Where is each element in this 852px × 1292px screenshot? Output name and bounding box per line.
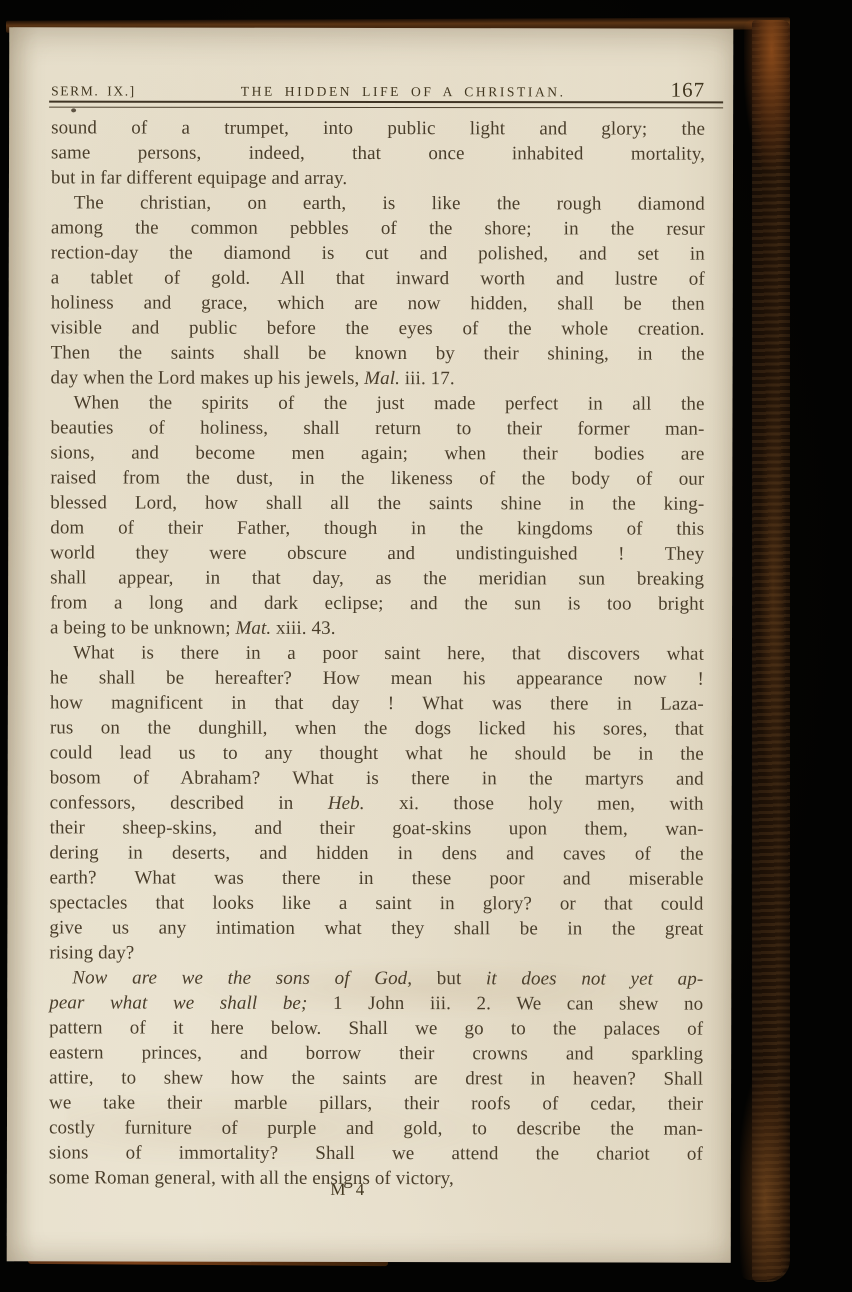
header-rule: [49, 101, 723, 109]
text-segment: bosom of Abraham? What is there in the m…: [50, 767, 704, 789]
text-line: he shall be hereafter? How mean his appe…: [50, 665, 704, 691]
text-segment: but in far different equipage and array.: [51, 167, 347, 189]
text-segment: a tablet of gold. All that inward worth …: [51, 267, 705, 289]
text-segment: dering in deserts, and hidden in dens an…: [50, 842, 704, 864]
text-line: The christian, on earth, is like the rou…: [51, 190, 705, 216]
text-line: rection-day the diamond is cut and polis…: [51, 240, 705, 266]
paragraph: sound of a trumpet, into public light an…: [51, 115, 705, 191]
text-line: sions, and become men again; when their …: [50, 440, 704, 466]
text-line: beauties of holiness, shall return to th…: [50, 415, 704, 441]
cover-wear-middle: [760, 380, 786, 800]
text-segment: sound of a trumpet, into public light an…: [51, 117, 705, 139]
text-segment: earth? What was there in these poor and …: [49, 867, 703, 889]
text-line: give us any intimation what they shall b…: [49, 915, 703, 941]
text-segment: we take their marble pillars, their roof…: [49, 1092, 703, 1114]
text-line: dom of their Father, though in the kingd…: [50, 515, 704, 541]
text-line: among the common pebbles of the shore; i…: [51, 215, 705, 241]
text-line: world they were obscure and undistinguis…: [50, 540, 704, 566]
text-line: dering in deserts, and hidden in dens an…: [50, 840, 704, 866]
text-segment: visible and public before the eyes of th…: [51, 317, 705, 339]
text-segment: iii. 17.: [400, 368, 455, 389]
text-segment: he shall be hereafter? How mean his appe…: [50, 667, 704, 689]
text-segment: from a long and dark eclipse; and the su…: [50, 592, 704, 614]
sermon-number-label: SERM. IX.]: [51, 83, 136, 99]
paragraph: What is there in a poor saint here, that…: [49, 640, 704, 966]
italic-text-segment: Mat.: [235, 618, 271, 639]
text-segment: same persons, indeed, that once inhabite…: [51, 142, 705, 164]
text-segment: their sheep-skins, and their goat-skins …: [50, 817, 704, 839]
text-line: When the spirits of the just made perfec…: [50, 390, 704, 416]
text-segment: attire, to shew how the saints are drest…: [49, 1067, 703, 1089]
text-line: shall appear, in that day, as the meridi…: [50, 565, 704, 591]
text-line: eastern princes, and borrow their crowns…: [49, 1040, 703, 1066]
text-segment: holiness and grace, which are now hidden…: [51, 292, 705, 314]
photo-background: SERM. IX.] THE HIDDEN LIFE OF A CHRISTIA…: [0, 0, 852, 1292]
text-line: bosom of Abraham? What is there in the m…: [50, 765, 704, 791]
signature-mark: M 4: [49, 1179, 649, 1200]
text-segment: could lead us to any thought what he sho…: [50, 742, 704, 764]
text-segment: costly furniture of purple and gold, to …: [49, 1117, 703, 1139]
text-segment: 1 John iii. 2. We can shew no: [307, 993, 703, 1015]
text-segment: rection-day the diamond is cut and polis…: [51, 242, 705, 264]
text-segment: When the spirits of the just made perfec…: [73, 392, 704, 414]
italic-text-segment: Heb.: [328, 793, 365, 814]
page-number: 167: [671, 78, 706, 103]
text-segment: how magnificent in that day ! What was t…: [50, 692, 704, 714]
paragraph: Now are we the sons of God, but it does …: [49, 965, 703, 1191]
italic-text-segment: it does not yet ap-: [486, 968, 703, 989]
text-segment: sions, and become men again; when their …: [50, 442, 704, 464]
text-segment: confessors, described in: [50, 792, 328, 814]
text-line: could lead us to any thought what he sho…: [50, 740, 704, 766]
text-line: rus on the dunghill, when the dogs licke…: [50, 715, 704, 741]
text-line: pear what we shall be; 1 John iii. 2. We…: [49, 990, 703, 1016]
text-line: attire, to shew how the saints are drest…: [49, 1065, 703, 1091]
text-segment: beauties of holiness, shall return to th…: [50, 417, 704, 439]
text-segment: dom of their Father, though in the kingd…: [50, 517, 704, 539]
page-header: SERM. IX.] THE HIDDEN LIFE OF A CHRISTIA…: [51, 76, 705, 102]
text-line: confessors, described in Heb. xi. those …: [50, 790, 704, 816]
running-title: THE HIDDEN LIFE OF A CHRISTIAN.: [241, 84, 566, 101]
text-segment: xiii. 43.: [271, 618, 335, 639]
text-line: blessed Lord, how shall all the saints s…: [50, 490, 704, 516]
text-segment: world they were obscure and undistinguis…: [50, 542, 704, 564]
text-segment: sions of immortality? Shall we attend th…: [49, 1142, 703, 1164]
text-line: a tablet of gold. All that inward worth …: [51, 265, 705, 291]
text-segment: rising day?: [49, 942, 134, 963]
text-line: sions of immortality? Shall we attend th…: [49, 1140, 703, 1166]
text-line: from a long and dark eclipse; and the su…: [50, 590, 704, 616]
text-line: holiness and grace, which are now hidden…: [51, 290, 705, 316]
text-segment: but: [412, 968, 486, 989]
text-line: What is there in a poor saint here, that…: [50, 640, 704, 666]
text-line: sound of a trumpet, into public light an…: [51, 115, 705, 141]
text-line: costly furniture of purple and gold, to …: [49, 1115, 703, 1141]
text-segment: rus on the dunghill, when the dogs licke…: [50, 717, 704, 739]
text-segment: The christian, on earth, is like the rou…: [74, 192, 705, 214]
text-line: pattern of it here below. Shall we go to…: [49, 1015, 703, 1041]
text-segment: a being to be unknown;: [50, 617, 235, 638]
text-segment: What is there in a poor saint here, that…: [73, 642, 704, 664]
text-line: how magnificent in that day ! What was t…: [50, 690, 704, 716]
text-segment: Then the saints shall be known by their …: [51, 342, 705, 364]
text-segment: day when the Lord makes up his jewels,: [51, 367, 365, 389]
text-line: rising day?: [49, 940, 703, 966]
text-line: earth? What was there in these poor and …: [49, 865, 703, 891]
text-line: visible and public before the eyes of th…: [51, 315, 705, 341]
text-segment: blessed Lord, how shall all the saints s…: [50, 492, 704, 514]
italic-text-segment: Mal.: [364, 368, 400, 389]
italic-text-segment: pear what we shall be;: [49, 992, 307, 1014]
text-segment: give us any intimation what they shall b…: [49, 917, 703, 939]
book-page: SERM. IX.] THE HIDDEN LIFE OF A CHRISTIA…: [7, 27, 734, 1263]
text-line: spectacles that looks like a saint in gl…: [49, 890, 703, 916]
text-line: Then the saints shall be known by their …: [51, 340, 705, 366]
italic-text-segment: Now are we the sons of God,: [72, 967, 412, 989]
paragraph: The christian, on earth, is like the rou…: [51, 190, 705, 391]
paragraph: When the spirits of the just made perfec…: [50, 390, 705, 641]
ink-speck: [71, 108, 76, 112]
text-segment: xi. those holy men, with: [365, 793, 704, 815]
text-line: day when the Lord makes up his jewels, M…: [51, 365, 705, 391]
text-segment: raised from the dust, in the likeness of…: [50, 467, 704, 489]
text-segment: eastern princes, and borrow their crowns…: [49, 1042, 703, 1064]
text-segment: among the common pebbles of the shore; i…: [51, 217, 705, 239]
text-line: Now are we the sons of God, but it does …: [49, 965, 703, 991]
text-line: raised from the dust, in the likeness of…: [50, 465, 704, 491]
text-line: their sheep-skins, and their goat-skins …: [50, 815, 704, 841]
text-segment: pattern of it here below. Shall we go to…: [49, 1017, 703, 1039]
text-line: but in far different equipage and array.: [51, 165, 705, 191]
text-segment: shall appear, in that day, as the meridi…: [50, 567, 704, 589]
text-line: we take their marble pillars, their roof…: [49, 1090, 703, 1116]
text-segment: spectacles that looks like a saint in gl…: [49, 892, 703, 914]
text-line: same persons, indeed, that once inhabite…: [51, 140, 705, 166]
text-line: a being to be unknown; Mat. xiii. 43.: [50, 615, 704, 641]
body-text: sound of a trumpet, into public light an…: [49, 115, 705, 1191]
